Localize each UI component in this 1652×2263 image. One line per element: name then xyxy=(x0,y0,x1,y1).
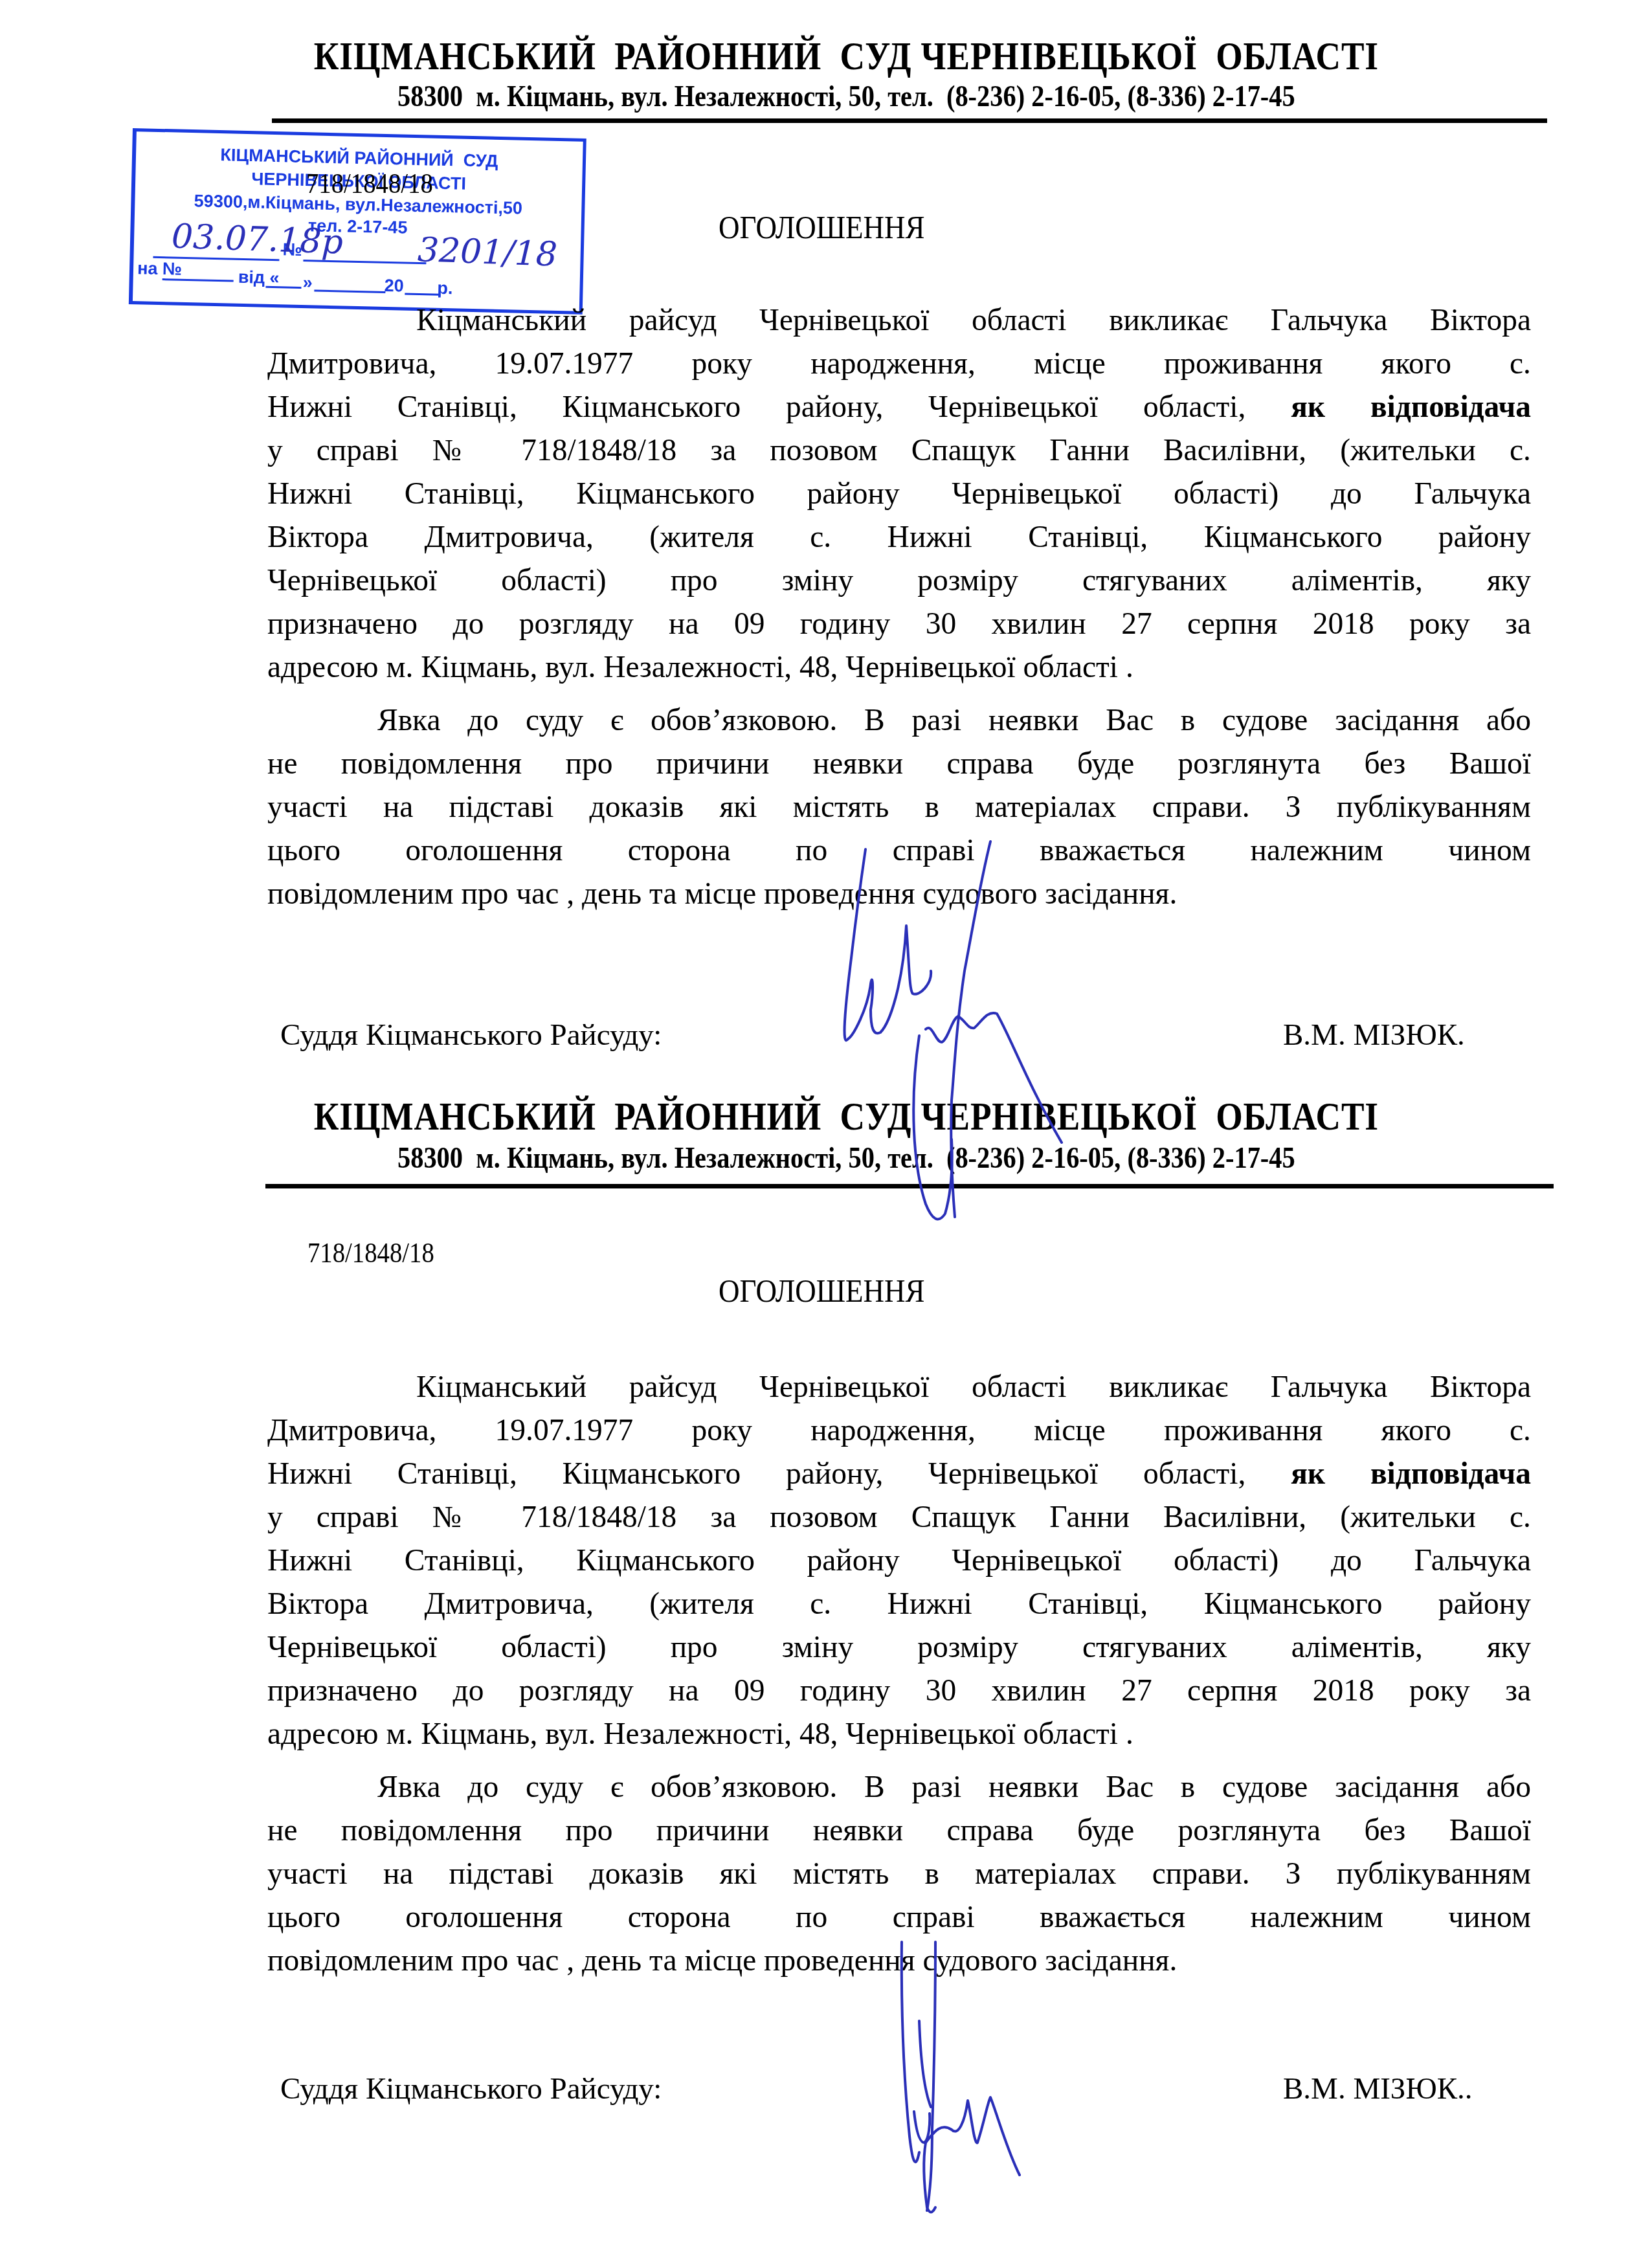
handwritten-signature-icon xyxy=(0,0,1652,2263)
